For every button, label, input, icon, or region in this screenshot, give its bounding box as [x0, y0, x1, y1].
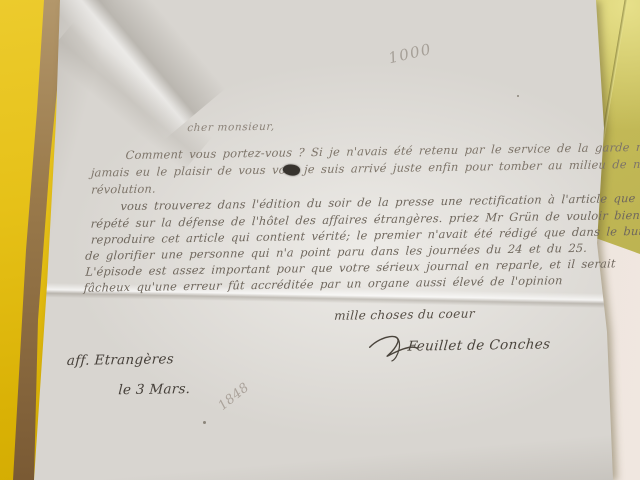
handwriting-layer: 1000 cher monsieur, Comment vous portez-…: [0, 0, 640, 480]
letter-origin-note: aff. Etrangères: [66, 351, 174, 369]
signature-name: Feuillet de Conches: [407, 336, 551, 354]
pencil-year-note: 1848: [216, 380, 253, 414]
letter-signature: Feuillet de Conches: [367, 328, 578, 371]
letter-closing: mille choses du coeur: [334, 307, 476, 323]
pencil-inventory-number: 1000: [387, 40, 434, 67]
letter-date: le 3 Mars.: [118, 381, 191, 398]
letter-body-line: révolution.: [91, 182, 156, 197]
letter-salutation: cher monsieur,: [187, 121, 275, 134]
photograph-of-letter: 1000 cher monsieur, Comment vous portez-…: [0, 0, 640, 480]
